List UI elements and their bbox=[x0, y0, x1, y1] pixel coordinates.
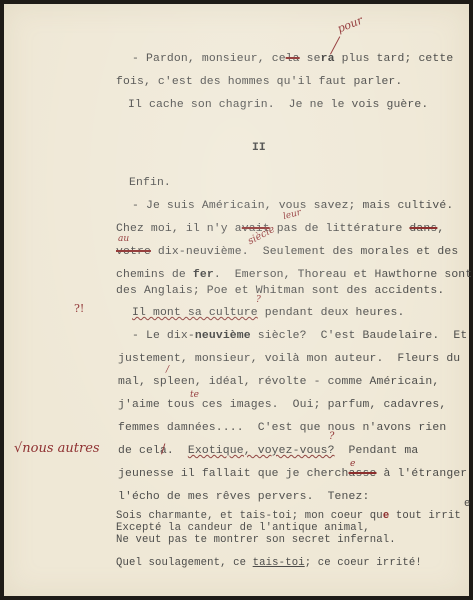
typed-line-17: jeunesse il fallait que je cherchasse à … bbox=[118, 467, 467, 481]
overstruck-text: ra bbox=[321, 53, 335, 65]
text: Sois charmante, et tais-toi; mon coeur q… bbox=[116, 510, 383, 522]
text: des Anglais; Poe et Whitman sont des acc… bbox=[116, 285, 444, 297]
text: - Le dix- bbox=[132, 330, 195, 342]
text: chemins de bbox=[116, 269, 193, 281]
typed-line-13: mal, spleen, idéal, révolte - comme Amér… bbox=[118, 375, 439, 389]
text: pendant deux heures. bbox=[258, 307, 405, 319]
typed-line-14: j'aime tous ces images. Oui; parfum, cad… bbox=[118, 398, 446, 412]
handwritten-pour: pour bbox=[336, 14, 365, 36]
text: pas de littérature bbox=[270, 223, 410, 235]
quote-line-3: Ne veut pas te montrer son secret infern… bbox=[116, 534, 396, 546]
text: mal, spleen, idéal, révolte - comme Amér… bbox=[118, 376, 439, 388]
accent-mark: / bbox=[166, 365, 169, 375]
text: Excepté la candeur de l'antique animal, bbox=[116, 522, 370, 534]
text: siècle? C'est Baudelaire. Et bbox=[251, 330, 468, 342]
typed-line-22: Quel soulagement, ce tais-toi; ce coeur … bbox=[116, 557, 422, 569]
text: fer bbox=[193, 269, 214, 281]
section-heading: II bbox=[252, 142, 266, 154]
overstruck-text: neuvième bbox=[195, 330, 251, 342]
text: Chez moi, il n'y a bbox=[116, 223, 242, 235]
question-mark-1: ? bbox=[256, 295, 261, 305]
typed-line-7: votre dix-neuvième. Seulement des morale… bbox=[116, 245, 458, 259]
struck-text: votre bbox=[116, 246, 151, 258]
typed-line-2: fois, c'est des hommes qu'il faut parler… bbox=[116, 75, 402, 89]
text: , bbox=[437, 223, 444, 235]
text: fois, c'est des hommes qu'il faut parler… bbox=[116, 76, 402, 88]
underlined-text: Il mont sa culture bbox=[132, 307, 258, 319]
text: à l'étranger bbox=[376, 468, 467, 480]
text: l'écho de mes rêves pervers. Tenez: bbox=[118, 491, 369, 503]
typed-line-12: justement, monsieur, voilà mon auteur. F… bbox=[118, 352, 460, 366]
underlined-text: tais-toi bbox=[253, 557, 305, 569]
line-end-e: e bbox=[464, 498, 471, 510]
typed-line-18: l'écho de mes rêves pervers. Tenez: bbox=[118, 490, 369, 504]
handwritten-e: e bbox=[350, 459, 355, 469]
struck-text: asse bbox=[349, 468, 377, 480]
text: justement, monsieur, voilà mon auteur. F… bbox=[118, 353, 460, 365]
margin-query: ?! bbox=[74, 302, 84, 315]
text: se bbox=[300, 53, 321, 65]
quote-line-2: Excepté la candeur de l'antique animal, bbox=[116, 522, 370, 534]
underlined-text: Exotique, voyez-vous? bbox=[188, 445, 335, 457]
struck-text: dans bbox=[409, 223, 437, 235]
text: tout irrit bbox=[389, 510, 461, 522]
text: Enfin. bbox=[129, 177, 171, 189]
handwritten-te: te bbox=[190, 390, 199, 400]
text: Pendant ma bbox=[335, 445, 419, 457]
typed-line-1: - Pardon, monsieur, cela sera plus tard;… bbox=[132, 52, 453, 66]
text: - Pardon, monsieur, ce bbox=[132, 53, 286, 65]
insertion-mark: / bbox=[161, 442, 165, 457]
handwritten-au: au bbox=[118, 234, 129, 244]
typed-line-3: Il cache son chagrin. Je ne le vois guèr… bbox=[128, 98, 428, 112]
question-mark-2: ? bbox=[329, 431, 334, 442]
margin-note: √nous autres bbox=[14, 441, 100, 456]
text: plus tard; cette bbox=[335, 53, 454, 65]
text: Ne veut pas te montrer son secret infern… bbox=[116, 534, 396, 546]
quote-line-1: Sois charmante, et tais-toi; mon coeur q… bbox=[116, 510, 461, 522]
text: Quel soulagement, ce bbox=[116, 557, 253, 569]
text: femmes damnées.... C'est que nous n'avon… bbox=[118, 422, 446, 434]
typed-line-6: Chez moi, il n'y avait pas de littératur… bbox=[116, 222, 444, 236]
typed-line-11: - Le dix-neuvième siècle? C'est Baudelai… bbox=[132, 329, 467, 343]
struck-text: la bbox=[286, 53, 300, 65]
typed-line-8: chemins de fer. Emerson, Thoreau et Hawt… bbox=[116, 268, 472, 282]
manuscript-page: - Pardon, monsieur, cela sera plus tard;… bbox=[4, 4, 469, 596]
typed-line-15: femmes damnées.... C'est que nous n'avon… bbox=[118, 421, 446, 435]
text: dix-neuvième. Seulement des morales et d… bbox=[151, 246, 458, 258]
text: Il cache son chagrin. Je ne le vois guèr… bbox=[128, 99, 428, 111]
text: ; ce coeur irrité! bbox=[305, 557, 422, 569]
text: . Emerson, Thoreau et Hawthorne sont bbox=[214, 269, 472, 281]
typed-line-4: Enfin. bbox=[129, 176, 171, 190]
typed-line-10: Il mont sa culture pendant deux heures. bbox=[132, 306, 404, 320]
typed-line-9: des Anglais; Poe et Whitman sont des acc… bbox=[116, 284, 444, 298]
text: j'aime tous ces images. Oui; parfum, cad… bbox=[118, 399, 446, 411]
text: jeunesse il fallait que je cherch bbox=[118, 468, 349, 480]
text: de cela. bbox=[118, 445, 188, 457]
